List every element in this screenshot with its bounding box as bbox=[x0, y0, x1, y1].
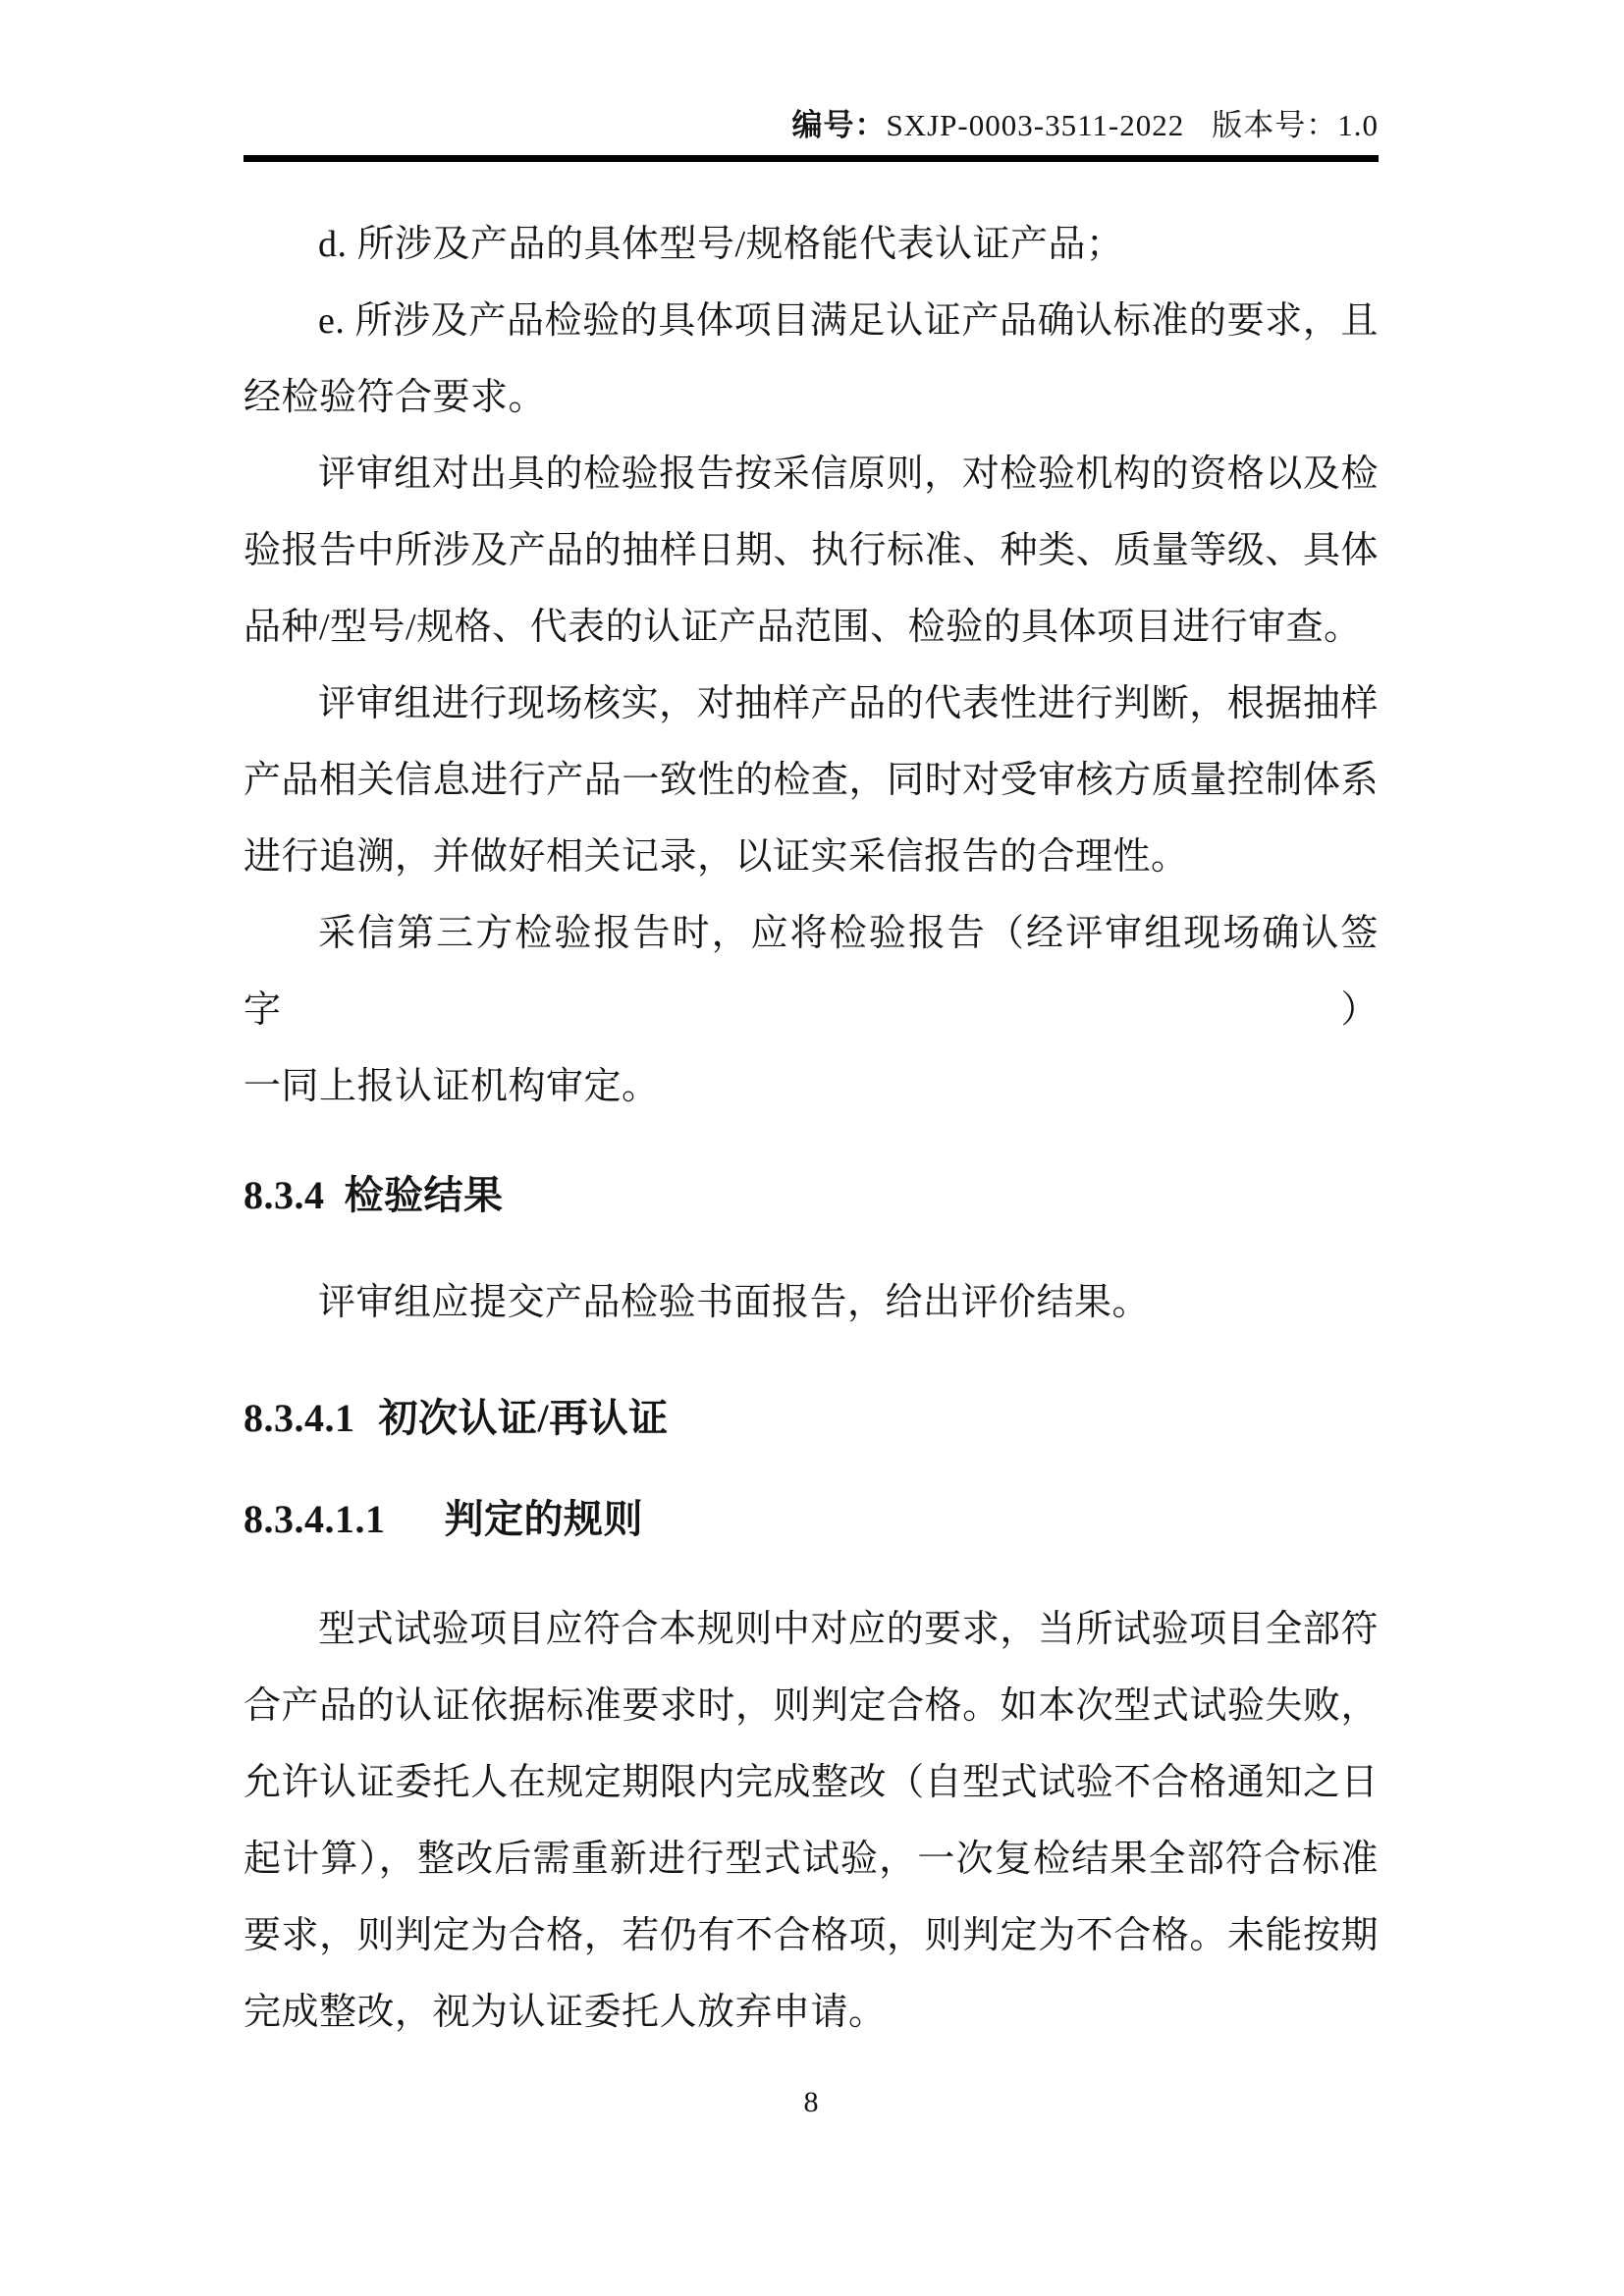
text-line: 允许认证委托人在规定期限内完成整改（自型式试验不合格通知之日 bbox=[244, 1744, 1379, 1821]
heading-number: 8.3.4 bbox=[244, 1173, 325, 1217]
paragraph-inspection-result: 评审组应提交产品检验书面报告，给出评价结果。 bbox=[244, 1264, 1379, 1341]
text-line: e. 所涉及产品检验的具体项目满足认证产品确认标准的要求，且 bbox=[244, 283, 1379, 359]
text-line: 进行追溯，并做好相关记录，以证实采信报告的合理性。 bbox=[244, 819, 1379, 895]
list-item-e: e. 所涉及产品检验的具体项目满足认证产品确认标准的要求，且经检验符合要求。 bbox=[244, 283, 1379, 436]
text-line: 评审组应提交产品检验书面报告，给出评价结果。 bbox=[244, 1264, 1379, 1341]
heading-title: 初次认证/再认证 bbox=[379, 1396, 669, 1440]
page-header: 编号：SXJP-0003-3511-2022版本号：1.0 bbox=[244, 104, 1379, 147]
page-number: 8 bbox=[804, 2086, 819, 2118]
text-line: 采信第三方检验报告时，应将检验报告（经评审组现场确认签字） bbox=[244, 895, 1379, 1048]
text-line: 产品相关信息进行产品一致性的检查，同时对受审核方质量控制体系 bbox=[244, 742, 1379, 819]
section-heading-8-3-4-1: 8.3.4.1初次认证/再认证 bbox=[244, 1395, 1379, 1442]
text-line: 完成整改，视为认证委托人放弃申请。 bbox=[244, 1974, 1379, 2051]
heading-number: 8.3.4.1 bbox=[244, 1396, 355, 1440]
section-heading-8-3-4: 8.3.4检验结果 bbox=[244, 1172, 1379, 1219]
text-line: 评审组进行现场核实，对抽样产品的代表性进行判断，根据抽样 bbox=[244, 666, 1379, 742]
heading-title: 判定的规则 bbox=[445, 1497, 644, 1541]
page-footer: 8 bbox=[244, 2083, 1379, 2122]
text-line: 型式试验项目应符合本规则中对应的要求，当所试验项目全部符 bbox=[244, 1591, 1379, 1668]
document-body: d. 所涉及产品的具体型号/规格能代表认证产品； e. 所涉及产品检验的具体项目… bbox=[244, 206, 1379, 2051]
text-line: 品种/型号/规格、代表的认证产品范围、检验的具体项目进行审查。 bbox=[244, 589, 1379, 666]
heading-number: 8.3.4.1.1 bbox=[244, 1497, 386, 1541]
paragraph-site-verification: 评审组进行现场核实，对抽样产品的代表性进行判断，根据抽样产品相关信息进行产品一致… bbox=[244, 666, 1379, 895]
text-line: 经检验符合要求。 bbox=[244, 359, 1379, 436]
text-line: 评审组对出具的检验报告按采信原则，对检验机构的资格以及检 bbox=[244, 436, 1379, 512]
text-line: 合产品的认证依据标准要求时，则判定合格。如本次型式试验失败， bbox=[244, 1668, 1379, 1744]
version-value: 1.0 bbox=[1337, 108, 1379, 142]
text-line: d. 所涉及产品的具体型号/规格能代表认证产品； bbox=[244, 206, 1379, 283]
header-rule bbox=[244, 155, 1379, 162]
text-line: 起计算），整改后需重新进行型式试验，一次复检结果全部符合标准 bbox=[244, 1821, 1379, 1897]
paragraph-report-review: 评审组对出具的检验报告按采信原则，对检验机构的资格以及检验报告中所涉及产品的抽样… bbox=[244, 436, 1379, 666]
text-line: 验报告中所涉及产品的抽样日期、执行标准、种类、质量等级、具体 bbox=[244, 512, 1379, 589]
heading-title: 检验结果 bbox=[345, 1173, 504, 1217]
doc-number-value: SXJP-0003-3511-2022 bbox=[886, 108, 1184, 142]
section-heading-8-3-4-1-1: 8.3.4.1.1判定的规则 bbox=[244, 1496, 1379, 1543]
doc-number-label: 编号： bbox=[791, 108, 886, 142]
paragraph-type-test-rules: 型式试验项目应符合本规则中对应的要求，当所试验项目全部符合产品的认证依据标准要求… bbox=[244, 1591, 1379, 2051]
text-line: 要求，则判定为合格，若仍有不合格项，则判定为不合格。未能按期 bbox=[244, 1897, 1379, 1974]
list-item-d: d. 所涉及产品的具体型号/规格能代表认证产品； bbox=[244, 206, 1379, 283]
document-page: 编号：SXJP-0003-3511-2022版本号：1.0 d. 所涉及产品的具… bbox=[0, 0, 1624, 2296]
version-label: 版本号： bbox=[1212, 108, 1337, 142]
paragraph-third-party-report: 采信第三方检验报告时，应将检验报告（经评审组现场确认签字）一同上报认证机构审定。 bbox=[244, 895, 1379, 1125]
text-line: 一同上报认证机构审定。 bbox=[244, 1048, 1379, 1125]
